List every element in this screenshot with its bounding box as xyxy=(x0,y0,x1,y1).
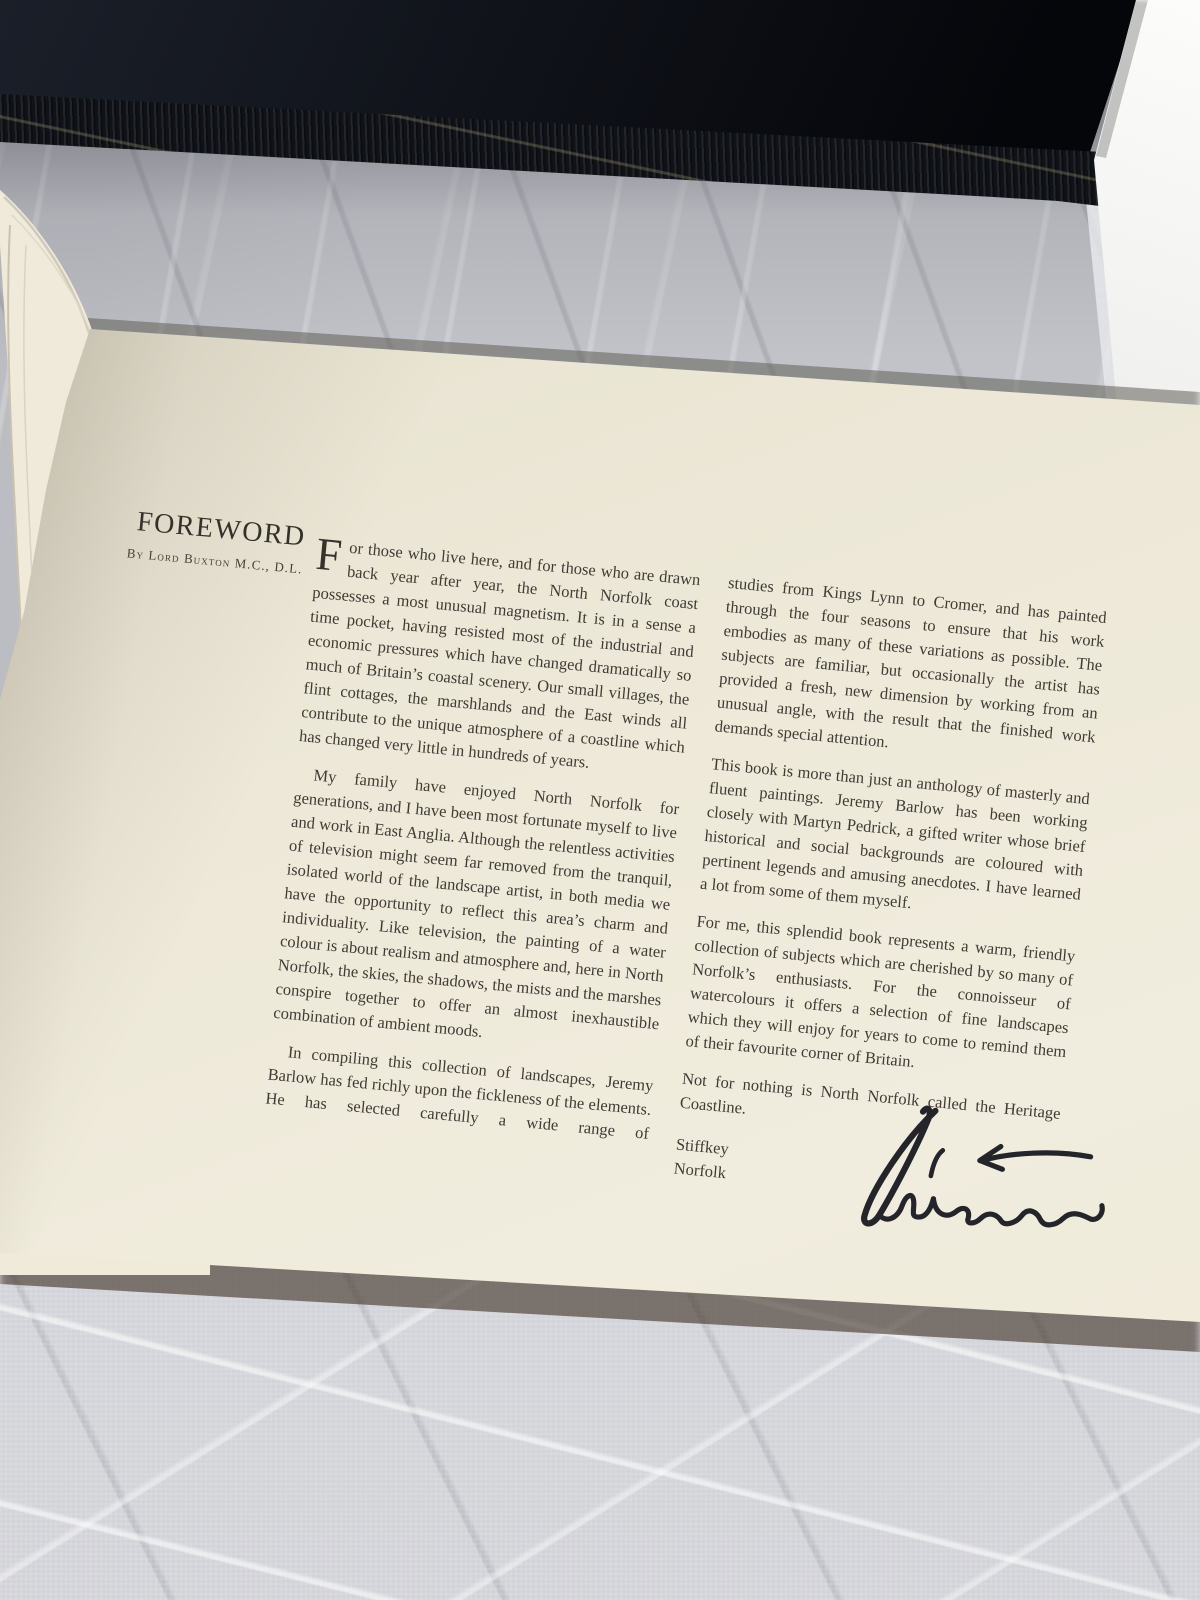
photo-of-open-book: FOREWORD By Lord Buxton M.C., D.L. For t… xyxy=(0,0,1200,1600)
paragraph-2: My family have enjoyed North Norfolk for… xyxy=(272,762,680,1060)
paragraph-1: For those who live here, and for those w… xyxy=(298,533,701,784)
paragraph-1-text: or those who live here, and for those wh… xyxy=(298,538,701,772)
paragraph-5: This book is more than just an anthology… xyxy=(699,752,1091,930)
drop-cap: F xyxy=(314,533,350,575)
buxton-signature xyxy=(832,1096,1135,1253)
paragraph-4: studies from Kings Lynn to Cromer, and h… xyxy=(714,571,1108,773)
left-column: For those who live here, and for those w… xyxy=(263,479,706,1160)
page-content: FOREWORD By Lord Buxton M.C., D.L. For t… xyxy=(34,458,1151,1219)
foreword-header: FOREWORD By Lord Buxton M.C., D.L. xyxy=(87,458,311,578)
paragraph-6: For me, this splendid book represents a … xyxy=(685,910,1077,1088)
